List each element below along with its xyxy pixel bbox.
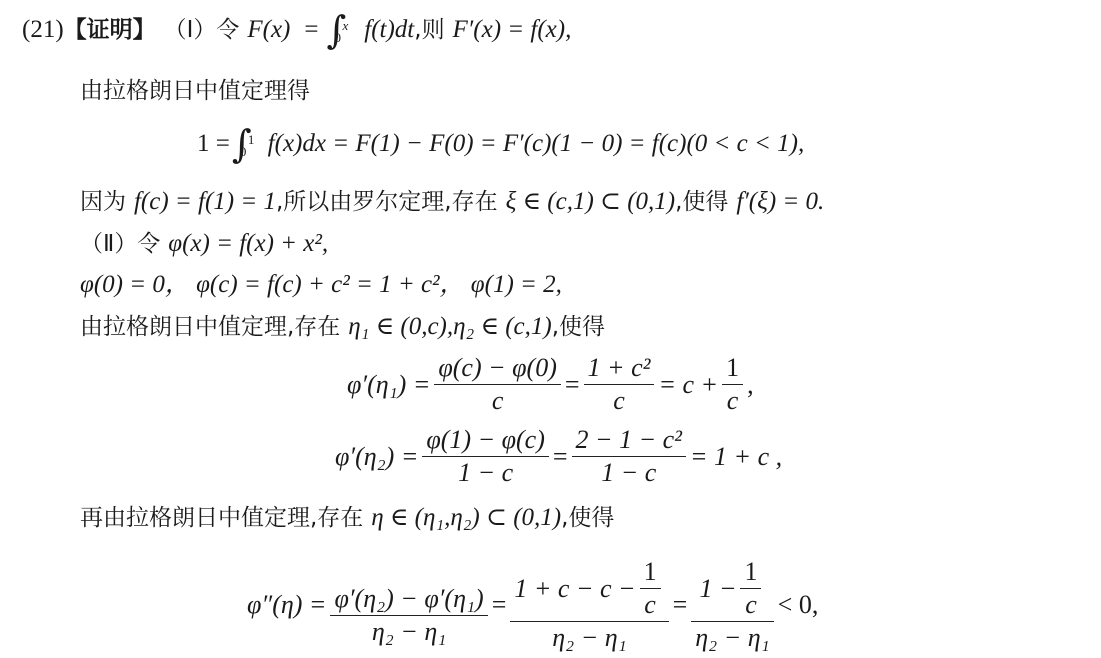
eq2-tail: , <box>747 370 754 400</box>
mvt2-text-1: 由拉格朗日中值定理,存在 <box>80 314 340 340</box>
numerator: 2 − 1 − c² <box>572 424 686 456</box>
numerator: 1 <box>740 556 761 588</box>
numerator: 1 <box>722 352 743 384</box>
denominator: c <box>723 385 743 417</box>
then-text: ,则 <box>414 17 444 43</box>
eq3-tail: = 1 + c , <box>690 442 782 472</box>
rolle-text-3: ,使得 <box>675 189 728 215</box>
numerator: φ(1) − φ(c) <box>422 424 549 456</box>
numerator: 1 + c² <box>584 352 655 384</box>
denominator: 1 − c <box>597 457 660 489</box>
mvt2-math: η₁ ∈ (0,c),η₂ ∈ (c,1) <box>348 313 551 340</box>
fraction: 2 − 1 − c²1 − c <box>572 424 686 489</box>
phi-definition: φ(x) = f(x) + x², <box>168 230 328 257</box>
equation-4: φ″(η) = φ′(η₂) − φ′(η₁) η₂ − η₁ = 1 + c … <box>245 556 820 654</box>
rolle-math-2: ξ ∈ (c,1) ⊂ (0,1) <box>506 188 676 215</box>
proof-header-line: (21)【证明】 （Ⅰ）令 F(x) =∫x0f(t)dt,则 F′(x) = … <box>22 14 571 45</box>
mvt-line-2: 由拉格朗日中值定理,存在 η₁ ∈ (0,c),η₂ ∈ (c,1),使得 <box>80 311 605 342</box>
part1-marker: （Ⅰ） <box>164 17 217 43</box>
phi-values: φ(0) = 0， φ(c) = f(c) + c² = 1 + c²， φ(1… <box>80 270 562 300</box>
part1-intro: 令 <box>216 17 239 43</box>
eq1-lhs: 1 = <box>197 130 230 157</box>
rolle-math-3: f′(ξ) = 0. <box>736 188 824 215</box>
integral-sign: ∫x0 <box>326 15 346 45</box>
integral-lower: 0 <box>334 23 341 53</box>
fraction: φ′(η₂) − φ′(η₁) η₂ − η₁ <box>330 583 487 648</box>
fraction: 1c <box>722 352 743 417</box>
equals-sign: = <box>492 590 507 620</box>
equation-3: φ′(η₂) = φ(1) − φ(c)1 − c = 2 − 1 − c²1 … <box>333 424 784 489</box>
equation-1: 1 =∫10f(x)dx = F(1) − F(0) = F′(c)(1 − 0… <box>197 128 804 159</box>
part2-marker: （Ⅱ） <box>80 231 137 257</box>
fraction: φ(1) − φ(c)1 − c <box>422 424 549 489</box>
equals-sign: = <box>553 442 568 472</box>
mvt-statement: 由拉格朗日中值定理得 <box>80 76 310 106</box>
numerator: 1 <box>640 556 661 588</box>
rolle-line: 因为 f(c) = f(1) = 1,所以由罗尔定理,存在 ξ ∈ (c,1) … <box>80 186 824 217</box>
part2-intro: 令 <box>137 231 160 257</box>
derivative-eq: F′(x) = f(x), <box>453 16 572 43</box>
numerator-text: 1 + c − c − <box>514 573 635 605</box>
eq2-lhs: φ′(η₁) = <box>347 370 430 400</box>
denominator: η₂ − η₁ <box>691 622 773 654</box>
mvt-line-3: 再由拉格朗日中值定理,存在 η ∈ (η₁,η₂) ⊂ (0,1),使得 <box>80 502 614 533</box>
integral-sign: ∫10 <box>232 129 252 159</box>
inner-fraction: 1c <box>640 556 661 621</box>
denominator: 1 − c <box>454 457 517 489</box>
eq4-tail: < 0, <box>778 590 819 620</box>
numerator: 1 + c − c − 1c <box>510 556 668 621</box>
numerator: 1 − 1c <box>695 556 769 621</box>
denominator: c <box>609 385 629 417</box>
equals-sign: = <box>673 590 688 620</box>
rolle-text-1: 因为 <box>80 189 126 215</box>
part2-def-line: （Ⅱ）令 φ(x) = f(x) + x², <box>80 228 328 259</box>
denominator: η₂ − η₁ <box>368 616 450 648</box>
numerator: φ′(η₂) − φ′(η₁) <box>330 583 487 615</box>
denominator: c <box>488 385 508 417</box>
denominator: η₂ − η₁ <box>548 622 630 654</box>
rolle-math-1: f(c) = f(1) = 1 <box>134 188 276 215</box>
fraction: 1 + c − c − 1c η₂ − η₁ <box>510 556 668 654</box>
eq1-rest: f(x)dx = F(1) − F(0) = F′(c)(1 − 0) = f(… <box>268 130 805 157</box>
mvt3-text-2: ,使得 <box>561 505 614 531</box>
integrand: f(t)dt <box>364 16 414 43</box>
denominator: c <box>741 589 761 621</box>
integral-lower: 0 <box>240 137 247 167</box>
eq2-tail-pre: = c + <box>658 370 718 400</box>
rolle-text-2: ,所以由罗尔定理,存在 <box>276 189 498 215</box>
numerator: φ(c) − φ(0) <box>434 352 561 384</box>
equals-sign: = <box>565 370 580 400</box>
problem-number: (21) <box>22 16 64 43</box>
equals-sign: = <box>304 16 318 43</box>
fraction: φ(c) − φ(0)c <box>434 352 561 417</box>
integral-upper: 1 <box>248 125 255 155</box>
numerator-text: 1 − <box>699 573 736 605</box>
denominator: c <box>640 589 660 621</box>
def-lhs: F(x) <box>247 16 290 43</box>
fraction: 1 − 1c η₂ − η₁ <box>691 556 773 654</box>
integral-upper: x <box>342 11 348 41</box>
inner-fraction: 1c <box>740 556 761 621</box>
eq3-lhs: φ′(η₂) = <box>335 442 418 472</box>
proof-label: 【证明】 <box>64 17 156 43</box>
fraction: 1 + c²c <box>584 352 655 417</box>
eq4-lhs: φ″(η) = <box>247 590 326 620</box>
mvt2-text-2: ,使得 <box>552 314 605 340</box>
equation-2: φ′(η₁) = φ(c) − φ(0)c = 1 + c²c = c + 1c… <box>345 352 756 417</box>
mvt3-text-1: 再由拉格朗日中值定理,存在 <box>80 505 363 531</box>
mvt3-math: η ∈ (η₁,η₂) ⊂ (0,1) <box>371 504 561 531</box>
